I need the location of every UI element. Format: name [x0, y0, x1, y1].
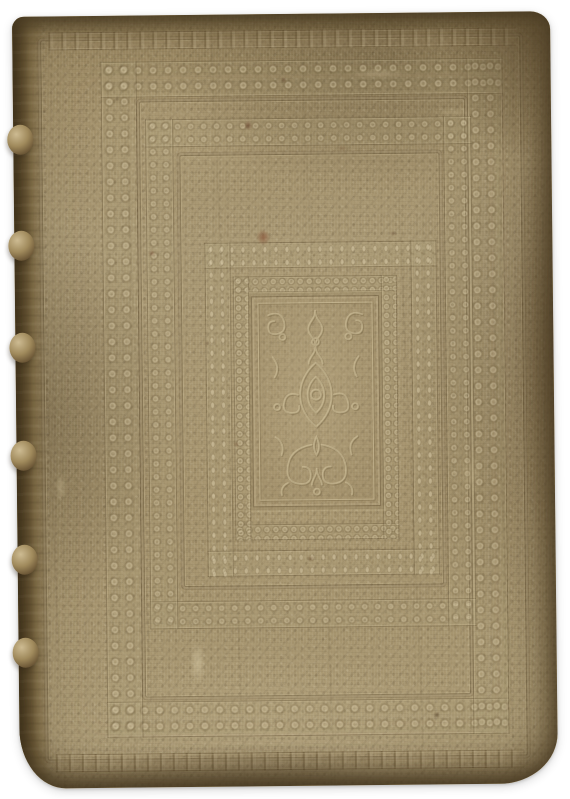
raised-band	[12, 638, 38, 668]
stain	[233, 441, 239, 447]
photo-background	[0, 0, 570, 799]
stain	[307, 556, 315, 562]
book-cover	[12, 11, 558, 789]
stain	[304, 765, 424, 780]
stain	[433, 711, 440, 718]
raised-band	[10, 441, 36, 471]
raised-band	[8, 231, 34, 261]
stain	[337, 145, 347, 151]
stain	[56, 472, 66, 502]
stain	[256, 229, 270, 245]
stains-and-scuffs	[12, 11, 558, 789]
stain	[390, 231, 396, 236]
stain	[461, 453, 481, 495]
raised-band	[7, 125, 33, 155]
stain	[244, 120, 252, 130]
raised-band	[12, 545, 38, 575]
cover-surface	[12, 11, 558, 789]
stain	[115, 97, 120, 102]
stain	[281, 77, 287, 83]
stain	[148, 250, 155, 256]
stain	[191, 641, 205, 685]
stain	[433, 108, 473, 116]
stain	[347, 69, 411, 79]
stain	[204, 341, 209, 346]
raised-band	[9, 333, 35, 363]
